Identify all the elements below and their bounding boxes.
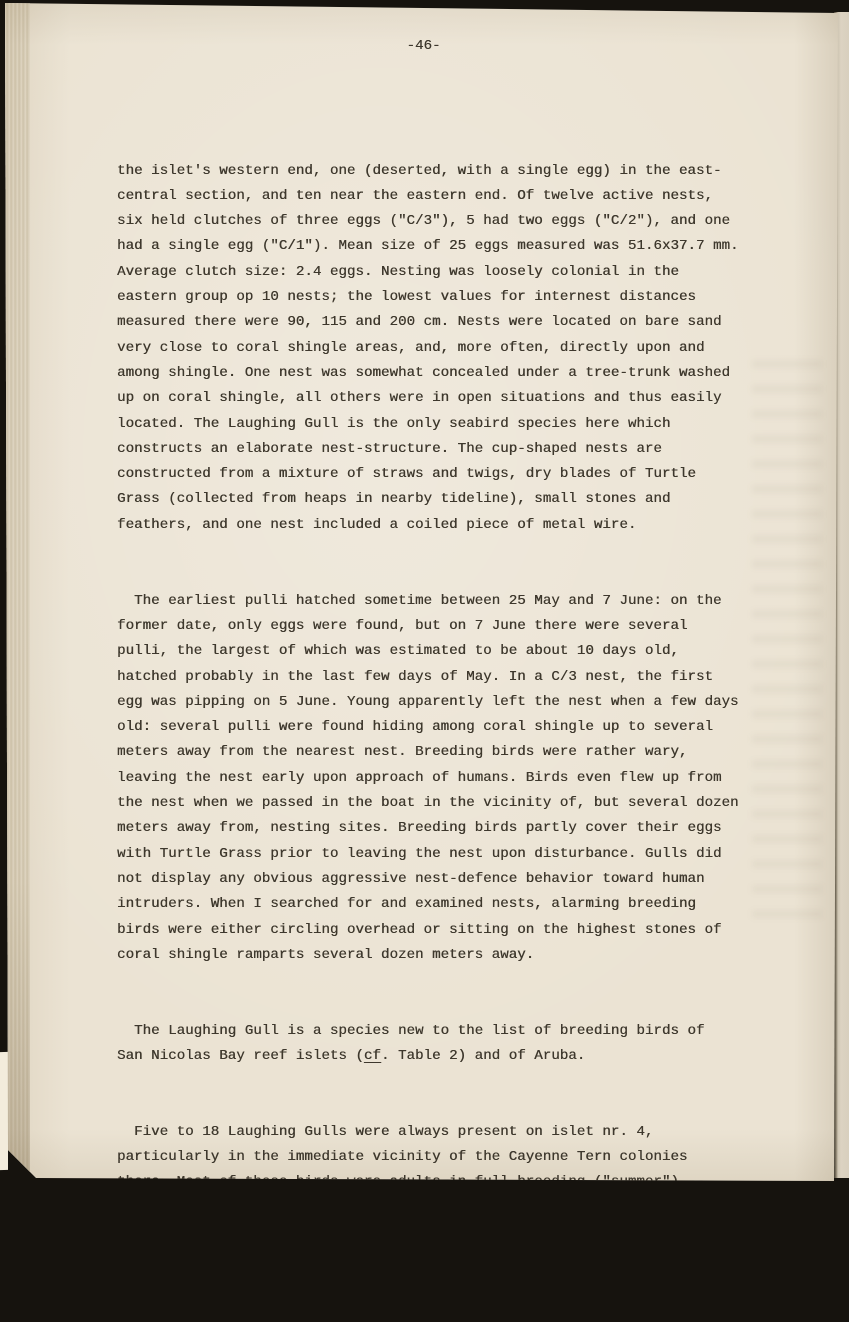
text-line: there. Most of these birds were adults i… (117, 1170, 797, 1189)
text-line: Average clutch size: 2.4 eggs. Nesting w… (117, 260, 797, 285)
text-line: pulli, the largest of which was estimate… (117, 639, 797, 664)
text-line: Grass (collected from heaps in nearby ti… (117, 487, 797, 512)
text-line: meters away from the nearest nest. Breed… (117, 740, 797, 765)
text-line: meters away from, nesting sites. Breedin… (117, 816, 797, 841)
text-line: with Turtle Grass prior to leaving the n… (117, 842, 797, 867)
text-line: hatched probably in the last few days of… (117, 665, 797, 690)
text-line: constructs an elaborate nest-structure. … (117, 437, 797, 462)
text-line: six held clutches of three eggs ("C/3"),… (117, 209, 797, 234)
text-segment: San Nicolas Bay reef islets ( (117, 1048, 364, 1064)
text-line: leaving the nest early upon approach of … (117, 766, 797, 791)
page-body-text: the islet's western end, one (deserted, … (117, 108, 797, 1189)
underlying-page-edge (0, 1052, 8, 1170)
paragraph: Five to 18 Laughing Gulls were always pr… (117, 1120, 797, 1189)
text-line: central section, and ten near the easter… (117, 184, 797, 209)
text-line: among shingle. One nest was somewhat con… (117, 361, 797, 386)
scanned-book-photo: -46- the islet's western end, one (deser… (0, 0, 849, 1189)
document-page: -46- the islet's western end, one (deser… (0, 0, 849, 1189)
underlined-text: cf (364, 1048, 381, 1064)
text-line: Five to 18 Laughing Gulls were always pr… (117, 1120, 797, 1145)
text-line: measured there were 90, 115 and 200 cm. … (117, 310, 797, 335)
text-line: The earliest pulli hatched sometime betw… (117, 589, 797, 614)
text-line: up on coral shingle, all others were in … (117, 386, 797, 411)
text-line: eastern group op 10 nests; the lowest va… (117, 285, 797, 310)
text-line: had a single egg ("C/1"). Mean size of 2… (117, 234, 797, 259)
text-line: San Nicolas Bay reef islets (cf. Table 2… (117, 1044, 797, 1069)
text-line: not display any obvious aggressive nest-… (117, 867, 797, 892)
text-line: intruders. When I searched for and exami… (117, 892, 797, 917)
text-line: egg was pipping on 5 June. Young apparen… (117, 690, 797, 715)
text-line: particularly in the immediate vicinity o… (117, 1145, 797, 1170)
text-line: the nest when we passed in the boat in t… (117, 791, 797, 816)
text-line: the islet's western end, one (deserted, … (117, 159, 797, 184)
page-stack-fore-edge (5, 3, 30, 1173)
text-line: located. The Laughing Gull is the only s… (117, 412, 797, 437)
paragraph: The Laughing Gull is a species new to th… (117, 1019, 797, 1070)
paragraph: the islet's western end, one (deserted, … (117, 159, 797, 538)
text-line: former date, only eggs were found, but o… (117, 614, 797, 639)
text-line: constructed from a mixture of straws and… (117, 462, 797, 487)
text-line: The Laughing Gull is a species new to th… (117, 1019, 797, 1044)
text-segment: . Table 2) and of Aruba. (381, 1048, 585, 1064)
paragraph: The earliest pulli hatched sometime betw… (117, 589, 797, 968)
text-line: very close to coral shingle areas, and, … (117, 336, 797, 361)
text-line: old: several pulli were found hiding amo… (117, 715, 797, 740)
text-line: birds were either circling overhead or s… (117, 918, 797, 943)
text-line: coral shingle ramparts several dozen met… (117, 943, 797, 968)
text-line: feathers, and one nest included a coiled… (117, 513, 797, 538)
page-number: -46- (117, 34, 730, 59)
